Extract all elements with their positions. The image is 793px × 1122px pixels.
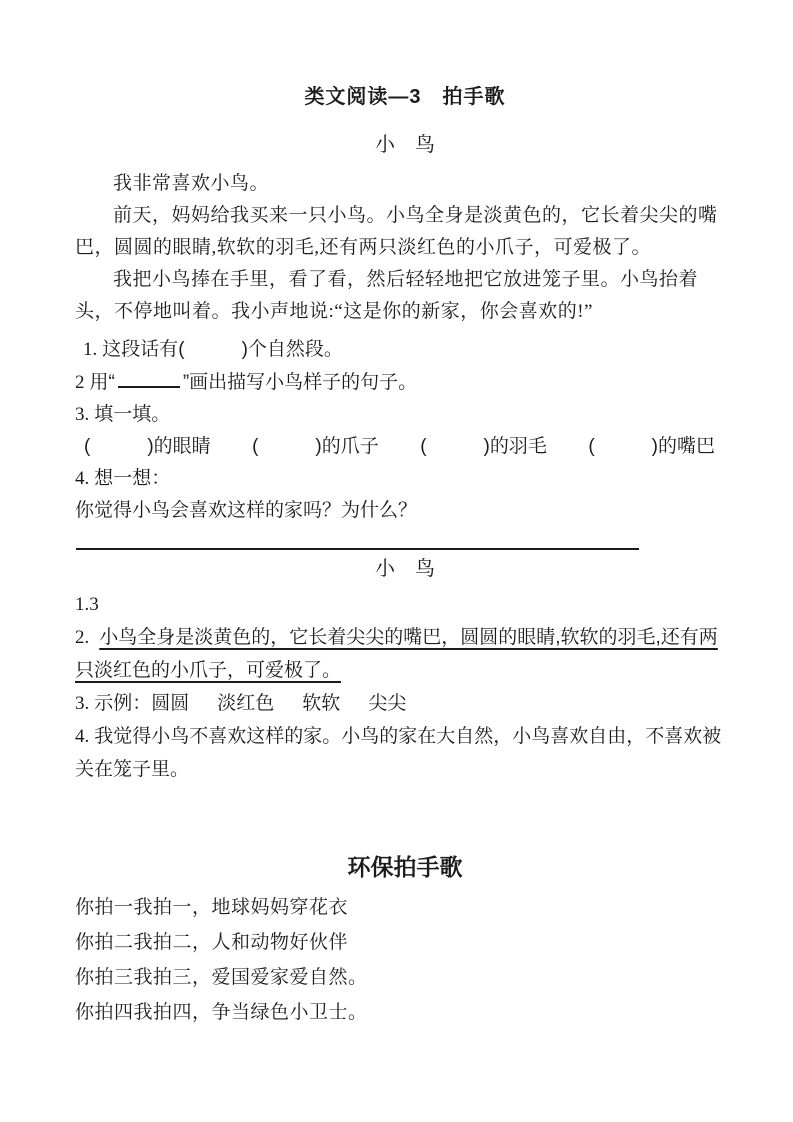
song-verse: 你拍三我拍三，爱国爱家爱自然。 bbox=[75, 960, 735, 995]
answer-4-text: 我觉得小鸟不喜欢这样的家。小鸟的家在大自然，小鸟喜欢自由，不喜欢被关在笼子里。 bbox=[75, 726, 721, 780]
answer-3-item: 圆圆 bbox=[151, 693, 189, 714]
questions-section: 1.这段话有( )个自然段。 2用“”画出描写小鸟样子的句子。 3.填一填。 (… bbox=[75, 334, 735, 527]
doc-title: 类文阅读—3 拍手歌 bbox=[75, 84, 735, 110]
answer-4-number: 4. bbox=[75, 726, 89, 747]
question-1-text: 这段话有( )个自然段。 bbox=[102, 339, 343, 360]
song-verses: 你拍一我拍一，地球妈妈穿花衣 你拍二我拍二，人和动物好伙伴 你拍三我拍三，爱国爱… bbox=[75, 890, 735, 1030]
underline-blank bbox=[118, 366, 180, 388]
answer-3-label: 示例： bbox=[94, 693, 151, 714]
song-section: 环保拍手歌 你拍一我拍一，地球妈妈穿花衣 你拍二我拍二，人和动物好伙伴 你拍三我… bbox=[75, 852, 735, 1030]
passage-paragraph: 我非常喜欢小鸟。 bbox=[75, 168, 735, 200]
answer-2-text: 小鸟全身是淡黄色的，它长着尖尖的嘴巴，圆圆的眼睛,软软的羽毛,还有两只淡红色的小… bbox=[75, 627, 718, 681]
answer-2-number: 2. bbox=[75, 627, 89, 648]
question-2-text-pre: 用“ bbox=[90, 372, 115, 393]
question-3: 3.填一填。 bbox=[75, 399, 735, 431]
answer-3: 3.示例：圆圆淡红色软软尖尖 bbox=[75, 687, 735, 720]
answer-3-item: 尖尖 bbox=[368, 693, 406, 714]
fill-in-item: ( )的眼睛 bbox=[84, 431, 211, 463]
answer-2: 2.小鸟全身是淡黄色的，它长着尖尖的嘴巴，圆圆的眼睛,软软的羽毛,还有两只淡红色… bbox=[75, 621, 735, 687]
song-verse: 你拍一我拍一，地球妈妈穿花衣 bbox=[75, 890, 735, 925]
answer-1-number: 1. bbox=[75, 594, 89, 615]
answer-1-text: 3 bbox=[89, 594, 99, 615]
question-3-number: 3. bbox=[75, 404, 89, 425]
fill-in-item: ( )的羽毛 bbox=[420, 431, 547, 463]
question-1: 1.这段话有( )个自然段。 bbox=[75, 334, 735, 366]
answers-heading: 小 鸟 bbox=[75, 556, 735, 582]
question-2-text-post: ”画出描写小鸟样子的句子。 bbox=[183, 372, 417, 393]
fill-in-item: ( )的爪子 bbox=[252, 431, 379, 463]
song-verse: 你拍四我拍四，争当绿色小卫士。 bbox=[75, 995, 735, 1030]
question-4: 4.想一想： bbox=[75, 463, 735, 495]
song-title: 环保拍手歌 bbox=[75, 852, 735, 882]
passage-body: 我非常喜欢小鸟。 前天，妈妈给我买来一只小鸟。小鸟全身是淡黄色的，它长着尖尖的嘴… bbox=[75, 168, 735, 328]
fill-in-item: ( )的嘴巴 bbox=[588, 431, 715, 463]
answer-4: 4.我觉得小鸟不喜欢这样的家。小鸟的家在大自然，小鸟喜欢自由，不喜欢被关在笼子里… bbox=[75, 720, 735, 786]
answer-3-items: 圆圆淡红色软软尖尖 bbox=[151, 693, 406, 714]
passage-heading: 小 鸟 bbox=[75, 132, 735, 158]
question-4-number: 4. bbox=[75, 468, 89, 489]
question-4-prompt: 你觉得小鸟会喜欢这样的家吗？为什么？ bbox=[75, 495, 735, 527]
answers-section: 1.3 2.小鸟全身是淡黄色的，它长着尖尖的嘴巴，圆圆的眼睛,软软的羽毛,还有两… bbox=[75, 588, 735, 786]
song-verse: 你拍二我拍二，人和动物好伙伴 bbox=[75, 925, 735, 960]
passage-paragraph: 前天，妈妈给我买来一只小鸟。小鸟全身是淡黄色的，它长着尖尖的嘴巴，圆圆的眼睛,软… bbox=[75, 200, 735, 264]
passage-paragraph: 我把小鸟捧在手里，看了看，然后轻轻地把它放进笼子里。小鸟抬着头，不停地叫着。我小… bbox=[75, 264, 735, 328]
question-2: 2用“”画出描写小鸟样子的句子。 bbox=[75, 366, 735, 399]
worksheet-page: 类文阅读—3 拍手歌 小 鸟 我非常喜欢小鸟。 前天，妈妈给我买来一只小鸟。小鸟… bbox=[0, 0, 793, 1122]
question-2-number: 2 bbox=[75, 372, 85, 393]
question-4-text: 想一想： bbox=[94, 468, 170, 489]
question-1-number: 1. bbox=[83, 339, 97, 360]
answer-3-item: 软软 bbox=[302, 693, 340, 714]
answer-3-item: 淡红色 bbox=[217, 693, 274, 714]
question-3-text: 填一填。 bbox=[94, 404, 170, 425]
answer-3-number: 3. bbox=[75, 693, 89, 714]
section-divider bbox=[76, 548, 639, 550]
fill-in-row: ( )的眼睛 ( )的爪子 ( )的羽毛 ( )的嘴巴 bbox=[75, 431, 735, 463]
answer-1: 1.3 bbox=[75, 588, 735, 621]
